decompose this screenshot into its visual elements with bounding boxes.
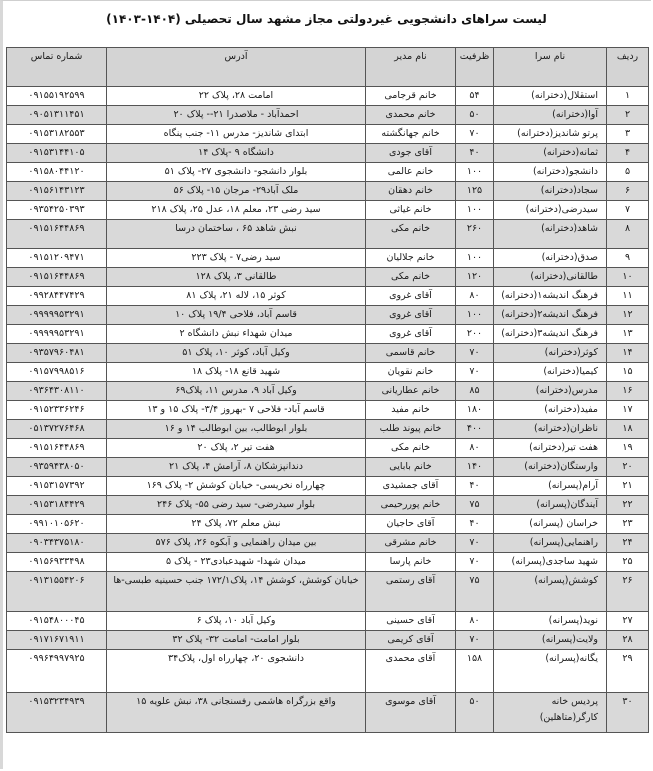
row-number: ۴ [607, 144, 649, 163]
table-row: ۴ثمانه(دخترانه)۴۰آقای جودیدانشگاه ۹ -پلا… [7, 144, 649, 163]
table-row: ۱۶مدرس(دخترانه)۸۵خانم عطاریانیوکیل آباد … [7, 382, 649, 401]
header-row-no: ردیف [607, 48, 649, 87]
row-number: ۲۵ [607, 553, 649, 572]
capacity: ۷۰ [456, 363, 494, 382]
address: میدان شهدا- شهیدعبادی۲۳ - پلاک ۵ [107, 553, 366, 572]
dorm-name: سیدرضی(دخترانه) [494, 201, 607, 220]
table-row: ۱۹هفت تیر(دخترانه)۸۰خانم مکیهفت تیر ۲، پ… [7, 439, 649, 458]
address: قاسم آباد، فلاحی ۱۹/۴ پلاک ۱۰ [107, 306, 366, 325]
capacity: ۱۲۰ [456, 268, 494, 287]
capacity: ۱۰۰ [456, 249, 494, 268]
dorm-name: کوشش(پسرانه) [494, 572, 607, 612]
manager-name: خانم غیاثی [366, 201, 456, 220]
table-row: ۱۵کیمیا(دخترانه)۷۰خانم نقویانشهید قانع ۱… [7, 363, 649, 382]
dorm-name: فرهنگ اندیشه۲(دخترانه) [494, 306, 607, 325]
row-number: ۳۰ [607, 693, 649, 733]
manager-name: خانم پارسا [366, 553, 456, 572]
header-address: آدرس [107, 48, 366, 87]
capacity: ۸۵ [456, 382, 494, 401]
row-number: ۵ [607, 163, 649, 182]
table-row: ۳پرتو شاندیز(دخترانه)۷۰خانم جهانگشتهابتد… [7, 125, 649, 144]
address: امامت ۲۸، پلاک ۲۲ [107, 87, 366, 106]
phone-number: ۰۹۳۵۴۲۵۰۳۹۳ [7, 201, 107, 220]
table-row: ۱۳فرهنگ اندیشه۳(دخترانه)۲۰۰آقای غرویمیدا… [7, 325, 649, 344]
capacity: ۱۸۰ [456, 401, 494, 420]
header-phone: شماره تماس [7, 48, 107, 87]
phone-number: ۰۹۱۵۱۶۴۴۸۶۹ [7, 439, 107, 458]
phone-number: ۰۹۱۵۷۹۹۸۵۱۶ [7, 363, 107, 382]
address: وکیل آباد ۹، مدرس ۱۱، پلاک۶۹ [107, 382, 366, 401]
dorm-name: ثمانه(دخترانه) [494, 144, 607, 163]
row-number: ۱۶ [607, 382, 649, 401]
capacity: ۴۰ [456, 144, 494, 163]
manager-name: آقای محمدی [366, 650, 456, 693]
manager-name: آقای غروی [366, 325, 456, 344]
dorm-name: یگانه(پسرانه) [494, 650, 607, 693]
row-number: ۲۹ [607, 650, 649, 693]
manager-name: خانم عطاریانی [366, 382, 456, 401]
header-capacity: ظرفیت [456, 48, 494, 87]
table-row: ۲۶کوشش(پسرانه)۷۵آقای رستمیخیابان کوشش، ک… [7, 572, 649, 612]
phone-number: ۰۹۱۵۴۸۰۰۰۴۵ [7, 612, 107, 631]
dorm-name: مفید(دخترانه) [494, 401, 607, 420]
manager-name: خانم مفید [366, 401, 456, 420]
row-number: ۹ [607, 249, 649, 268]
dorm-name: مدرس(دخترانه) [494, 382, 607, 401]
dorm-name: طالقانی(دخترانه) [494, 268, 607, 287]
table-row: ۱استقلال(دخترانه)۵۴خانم قرجامیامامت ۲۸، … [7, 87, 649, 106]
manager-name: آقای حاجیان [366, 515, 456, 534]
phone-number: ۰۹۱۵۳۱۵۷۳۹۲ [7, 477, 107, 496]
address: بلوار امامت- امامت ۳۲- پلاک ۳۲ [107, 631, 366, 650]
header-dorm-name: نام سرا [494, 48, 607, 87]
phone-number: ۰۹۹۱۰۱۰۵۶۲۰ [7, 515, 107, 534]
manager-name: آقای کریمی [366, 631, 456, 650]
table-row: ۲۹یگانه(پسرانه)۱۵۸آقای محمدیدانشجوی ۲۰، … [7, 650, 649, 693]
table-row: ۶سجاد(دخترانه)۱۲۵خانم دهقانملک آباد۲۹- م… [7, 182, 649, 201]
dorm-name: کوثر(دخترانه) [494, 344, 607, 363]
table-row: ۲۸ولایت(پسرانه)۷۰آقای کریمیبلوار امامت- … [7, 631, 649, 650]
phone-number: ۰۹۱۵۳۱۴۴۱۰۵ [7, 144, 107, 163]
dorm-name: آیندگان(پسرانه) [494, 496, 607, 515]
capacity: ۸۰ [456, 612, 494, 631]
phone-number: ۰۹۰۵۱۳۱۱۴۵۱ [7, 106, 107, 125]
dorm-name: شهید ساجدی(پسرانه) [494, 553, 607, 572]
row-number: ۱۲ [607, 306, 649, 325]
table-row: ۱۸ناظران(دخترانه)۴۰۰خانم پیوند طلببلوار … [7, 420, 649, 439]
capacity: ۷۰ [456, 553, 494, 572]
address: واقع بزرگراه هاشمی رفسنجانی ۳۸، نبش علوی… [107, 693, 366, 733]
manager-name: آقای جمشیدی [366, 477, 456, 496]
address: بلوار دانشجو- دانشجوی ۲۷- پلاک ۵۱ [107, 163, 366, 182]
dorm-name: پرتو شاندیز(دخترانه) [494, 125, 607, 144]
phone-number: ۰۹۱۵۲۳۳۶۲۴۶ [7, 401, 107, 420]
capacity: ۷۰ [456, 534, 494, 553]
phone-number: ۰۹۱۵۳۱۸۲۵۵۳ [7, 125, 107, 144]
capacity: ۵۰ [456, 106, 494, 125]
capacity: ۲۰۰ [456, 325, 494, 344]
address: نبش شاهد ۶۵ ، ساختمان درسا [107, 220, 366, 249]
phone-number: ۰۹۱۵۶۹۳۳۴۹۸ [7, 553, 107, 572]
address: چهارراه نخریسی- خیابان کوشش ۲- پلاک ۱۶۹ [107, 477, 366, 496]
capacity: ۴۰ [456, 515, 494, 534]
dorm-name: شاهد(دخترانه) [494, 220, 607, 249]
row-number: ۱۹ [607, 439, 649, 458]
capacity: ۱۵۸ [456, 650, 494, 693]
manager-name: خانم مکی [366, 268, 456, 287]
dorm-name: کیمیا(دخترانه) [494, 363, 607, 382]
address: قاسم آباد- فلاحی ۷ -بهروز ۳/۴- پلاک ۱۵ و… [107, 401, 366, 420]
row-number: ۲۶ [607, 572, 649, 612]
row-number: ۱۷ [607, 401, 649, 420]
dorm-name: هفت تیر(دخترانه) [494, 439, 607, 458]
table-row: ۲۰وارستگان(دخترانه)۱۴۰خانم باباییدندانپز… [7, 458, 649, 477]
table-row: ۲آوا(دخترانه)۵۰خانم محمدیاحمدآباد - ملاص… [7, 106, 649, 125]
table-row: ۲۱آرام(پسرانه)۴۰آقای جمشیدیچهارراه نخریس… [7, 477, 649, 496]
row-number: ۲۰ [607, 458, 649, 477]
address: دندانپزشکان ۸، آرامش ۴، پلاک ۲۱ [107, 458, 366, 477]
phone-number: ۰۹۱۵۸۰۴۴۱۲۰ [7, 163, 107, 182]
phone-number: ۰۹۹۹۹۹۵۳۲۹۱ [7, 325, 107, 344]
document-title: لیست سراهای دانشجویی غیردولتی مجاز مشهد … [0, 12, 653, 26]
row-number: ۱۰ [607, 268, 649, 287]
manager-name: خانم عالمی [366, 163, 456, 182]
dorm-name: پردیس خانه کارگر(متاهلین) [494, 693, 607, 733]
row-number: ۲۱ [607, 477, 649, 496]
manager-name: خانم جهانگشته [366, 125, 456, 144]
table-row: ۲۳خراسان (پسرانه)۴۰آقای حاجیاننبش معلم ۷… [7, 515, 649, 534]
capacity: ۵۴ [456, 87, 494, 106]
phone-number: ۰۹۱۵۱۲۰۹۴۷۱ [7, 249, 107, 268]
table-row: ۲۲آیندگان(پسرانه)۷۵خانم پوررحیمیبلوار سی… [7, 496, 649, 515]
table-row: ۱۲فرهنگ اندیشه۲(دخترانه)۱۰۰آقای غرویقاسم… [7, 306, 649, 325]
manager-name: آقای جودی [366, 144, 456, 163]
table-row: ۲۵شهید ساجدی(پسرانه)۷۰خانم پارسامیدان شه… [7, 553, 649, 572]
dormitory-table: ردیف نام سرا ظرفیت نام مدیر آدرس شماره ت… [6, 47, 649, 733]
row-number: ۲۲ [607, 496, 649, 515]
dorm-name: خراسان (پسرانه) [494, 515, 607, 534]
table-row: ۲۴راهنمایی(پسرانه)۷۰خانم مشرقیبین میدان … [7, 534, 649, 553]
phone-number: ۰۹۹۹۹۹۵۳۲۹۱ [7, 306, 107, 325]
capacity: ۷۰ [456, 344, 494, 363]
address: سید رضی۷ - پلاک ۲۲۳ [107, 249, 366, 268]
table-row: ۱۰طالقانی(دخترانه)۱۲۰خانم مکیطالقانی ۳، … [7, 268, 649, 287]
capacity: ۷۰ [456, 125, 494, 144]
phone-number: ۰۹۱۵۶۱۴۳۱۲۳ [7, 182, 107, 201]
row-number: ۲۸ [607, 631, 649, 650]
dorm-name: نوید(پسرانه) [494, 612, 607, 631]
row-number: ۲۳ [607, 515, 649, 534]
address: هفت تیر ۲، پلاک ۲۰ [107, 439, 366, 458]
capacity: ۱۰۰ [456, 201, 494, 220]
row-number: ۲۴ [607, 534, 649, 553]
manager-name: خانم مشرقی [366, 534, 456, 553]
row-number: ۱۴ [607, 344, 649, 363]
phone-number: ۰۹۳۵۹۴۳۸۰۵۰ [7, 458, 107, 477]
table-row: ۳۰پردیس خانه کارگر(متاهلین)۵۰آقای موسویو… [7, 693, 649, 733]
phone-number: ۰۹۹۲۸۴۴۷۴۲۹ [7, 287, 107, 306]
phone-number: ۰۹۱۵۳۱۸۴۴۲۹ [7, 496, 107, 515]
phone-number: ۰۹۳۵۷۹۶۰۴۸۱ [7, 344, 107, 363]
phone-number: ۰۹۱۷۱۶۷۱۹۱۱ [7, 631, 107, 650]
manager-name: خانم مکی [366, 439, 456, 458]
capacity: ۱۲۵ [456, 182, 494, 201]
address: بین میدان راهنمایی و آبکوه ۲۶، پلاک ۵۷۶ [107, 534, 366, 553]
manager-name: خانم بابایی [366, 458, 456, 477]
table-body: ۱استقلال(دخترانه)۵۴خانم قرجامیامامت ۲۸، … [7, 87, 649, 733]
manager-name: آقای حسینی [366, 612, 456, 631]
row-number: ۱۸ [607, 420, 649, 439]
row-number: ۱۵ [607, 363, 649, 382]
table-row: ۱۷مفید(دخترانه)۱۸۰خانم مفیدقاسم آباد- فل… [7, 401, 649, 420]
dorm-name: راهنمایی(پسرانه) [494, 534, 607, 553]
manager-name: آقای غروی [366, 306, 456, 325]
phone-number: ۰۹۰۳۴۳۷۵۱۸۰ [7, 534, 107, 553]
phone-number: ۰۹۱۵۱۶۴۴۸۶۹ [7, 220, 107, 249]
table-row: ۷سیدرضی(دخترانه)۱۰۰خانم غیاثیسید رضی ۲۳،… [7, 201, 649, 220]
capacity: ۷۵ [456, 496, 494, 515]
manager-name: خانم جلالیان [366, 249, 456, 268]
dorm-name: آوا(دخترانه) [494, 106, 607, 125]
capacity: ۴۰۰ [456, 420, 494, 439]
capacity: ۸۰ [456, 439, 494, 458]
row-number: ۸ [607, 220, 649, 249]
dorm-name: آرام(پسرانه) [494, 477, 607, 496]
address: کوثر ۱۵، لاله ۲۱، پلاک ۸۱ [107, 287, 366, 306]
capacity: ۱۴۰ [456, 458, 494, 477]
table-row: ۹صدق(دخترانه)۱۰۰خانم جلالیانسید رضی۷ - پ… [7, 249, 649, 268]
capacity: ۷۵ [456, 572, 494, 612]
table-row: ۲۷نوید(پسرانه)۸۰آقای حسینیوکیل آباد ۱۰، … [7, 612, 649, 631]
capacity: ۸۰ [456, 287, 494, 306]
address: ابتدای شاندیز- مدرس ۱۱- جنب پنگاه [107, 125, 366, 144]
row-number: ۷ [607, 201, 649, 220]
address: خیابان کوشش، کوشش ۱۴، پلاک۱۷۲/۱ جنب حسین… [107, 572, 366, 612]
phone-number: ۰۹۳۶۴۳۰۸۱۱۰ [7, 382, 107, 401]
manager-name: خانم پوررحیمی [366, 496, 456, 515]
table-row: ۵دانشجو(دخترانه)۱۰۰خانم عالمیبلوار دانشج… [7, 163, 649, 182]
row-number: ۲ [607, 106, 649, 125]
capacity: ۲۶۰ [456, 220, 494, 249]
table-header-row: ردیف نام سرا ظرفیت نام مدیر آدرس شماره ت… [7, 48, 649, 87]
address: ملک آباد۲۹- مرجان ۱۵- پلاک ۵۶ [107, 182, 366, 201]
capacity: ۱۰۰ [456, 163, 494, 182]
table-row: ۱۴کوثر(دخترانه)۷۰خانم قاسمیوکیل آباد، کو… [7, 344, 649, 363]
dorm-name: سجاد(دخترانه) [494, 182, 607, 201]
address: دانشجوی ۲۰، چهارراه اول، پلاک۳۴ [107, 650, 366, 693]
phone-number: ۰۹۱۵۵۱۹۲۵۹۹ [7, 87, 107, 106]
address: میدان شهداء نبش دانشگاه ۲ [107, 325, 366, 344]
address: بلوار ابوطالب، بین ابوطالب ۱۴ و ۱۶ [107, 420, 366, 439]
table-row: ۱۱فرهنگ اندیشه۱(دخترانه)۸۰آقای غرویکوثر … [7, 287, 649, 306]
address: وکیل آباد، کوثر ۱۰، پلاک ۵۱ [107, 344, 366, 363]
table-row: ۸شاهد(دخترانه)۲۶۰خانم مکینبش شاهد ۶۵ ، س… [7, 220, 649, 249]
dorm-name: صدق(دخترانه) [494, 249, 607, 268]
row-number: ۱۳ [607, 325, 649, 344]
manager-name: خانم قاسمی [366, 344, 456, 363]
dorm-name: استقلال(دخترانه) [494, 87, 607, 106]
manager-name: خانم محمدی [366, 106, 456, 125]
manager-name: آقای غروی [366, 287, 456, 306]
row-number: ۱ [607, 87, 649, 106]
dorm-name: دانشجو(دخترانه) [494, 163, 607, 182]
manager-name: آقای موسوی [366, 693, 456, 733]
manager-name: آقای رستمی [366, 572, 456, 612]
manager-name: خانم پیوند طلب [366, 420, 456, 439]
capacity: ۵۰ [456, 693, 494, 733]
phone-number: ۰۹۱۵۳۲۳۴۹۳۹ [7, 693, 107, 733]
dorm-name: فرهنگ اندیشه۳(دخترانه) [494, 325, 607, 344]
dorm-name: ولایت(پسرانه) [494, 631, 607, 650]
row-number: ۳ [607, 125, 649, 144]
row-number: ۶ [607, 182, 649, 201]
dorm-name: ناظران(دخترانه) [494, 420, 607, 439]
phone-number: ۰۹۹۶۴۹۹۷۹۲۵ [7, 650, 107, 693]
address: احمدآباد - ملاصدرا ۲۱-- پلاک ۲۰ [107, 106, 366, 125]
address: شهید قانع ۱۸- پلاک ۱۸ [107, 363, 366, 382]
manager-name: خانم مکی [366, 220, 456, 249]
dorm-name: وارستگان(دخترانه) [494, 458, 607, 477]
phone-number: ۰۹۱۳۱۵۵۴۲۰۶ [7, 572, 107, 612]
phone-number: ۰۵۱۳۷۲۷۶۴۶۸ [7, 420, 107, 439]
address: بلوار سیدرضی- سید رضی ۵۵- پلاک ۲۴۶ [107, 496, 366, 515]
manager-name: خانم نقویان [366, 363, 456, 382]
capacity: ۴۰ [456, 477, 494, 496]
address: وکیل آباد ۱۰، پلاک ۶ [107, 612, 366, 631]
row-number: ۲۷ [607, 612, 649, 631]
address: دانشگاه ۹ -پلاک ۱۴ [107, 144, 366, 163]
row-number: ۱۱ [607, 287, 649, 306]
phone-number: ۰۹۱۵۱۶۴۴۸۶۹ [7, 268, 107, 287]
capacity: ۷۰ [456, 631, 494, 650]
manager-name: خانم دهقان [366, 182, 456, 201]
dorm-name: فرهنگ اندیشه۱(دخترانه) [494, 287, 607, 306]
address: سید رضی ۲۳، معلم ۱۸، عدل ۲۵، پلاک ۲۱۸ [107, 201, 366, 220]
capacity: ۱۰۰ [456, 306, 494, 325]
manager-name: خانم قرجامی [366, 87, 456, 106]
address: طالقانی ۳، پلاک ۱۲۸ [107, 268, 366, 287]
header-manager: نام مدیر [366, 48, 456, 87]
address: نبش معلم ۷۲، پلاک ۲۴ [107, 515, 366, 534]
